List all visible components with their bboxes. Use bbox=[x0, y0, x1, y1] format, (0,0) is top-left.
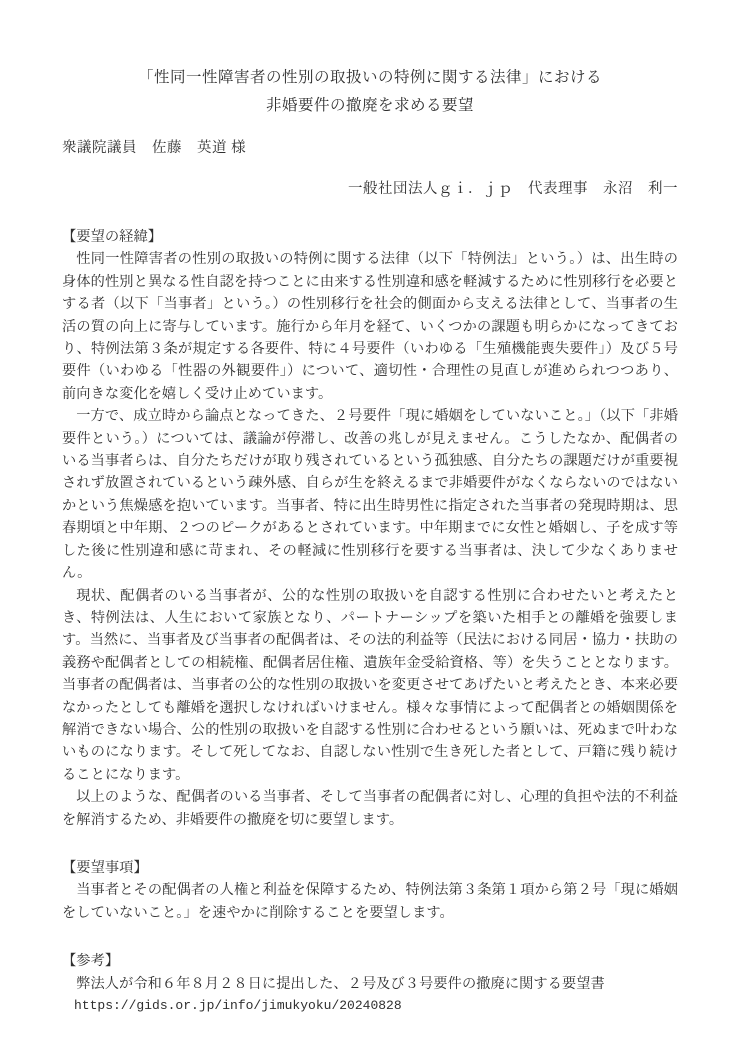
title-line-2: 非婚要件の撤廃を求める要望 bbox=[62, 92, 678, 120]
section-heading-background: 【要望の経緯】 bbox=[62, 226, 678, 248]
document-title: 「性同一性障害者の性別の取扱いの特例に関する法律」における 非婚要件の撤廃を求め… bbox=[62, 64, 678, 120]
paragraph-conclusion-request: 以上のような、配偶者のいる当事者、そして当事者の配偶者に対し、心理的負担や法的不… bbox=[62, 786, 678, 831]
section-heading-request-items: 【要望事項】 bbox=[62, 857, 678, 879]
sender-line: 一般社団法人ｇｉ．ｊｐ 代表理事 永沼 利一 bbox=[62, 178, 678, 200]
reference-url: https://gids.or.jp/info/jimukyoku/202408… bbox=[62, 995, 678, 1017]
section-request-background: 【要望の経緯】 性同一性障害者の性別の取扱いの特例に関する法律（以下「特例法」と… bbox=[62, 226, 678, 831]
section-request-items: 【要望事項】 当事者とその配偶者の人権と利益を保障するため、特例法第３条第１項か… bbox=[62, 857, 678, 924]
document-page: 「性同一性障害者の性別の取扱いの特例に関する法律」における 非婚要件の撤廃を求め… bbox=[0, 0, 740, 1046]
paragraph-request-item: 当事者とその配偶者の人権と利益を保障するため、特例法第３条第１項から第２号「現に… bbox=[62, 879, 678, 924]
section-heading-reference: 【参考】 bbox=[62, 950, 678, 972]
paragraph-reference-note: 弊法人が令和６年８月２８日に提出した、２号及び３号要件の撤廃に関する要望書 bbox=[62, 973, 678, 995]
paragraph-law-overview: 性同一性障害者の性別の取扱いの特例に関する法律（以下「特例法」という。）は、出生… bbox=[62, 248, 678, 405]
paragraph-non-marriage-issue: 一方で、成立時から論点となってきた、２号要件「現に婚姻をしていないこと。」（以下… bbox=[62, 405, 678, 584]
title-line-1: 「性同一性障害者の性別の取扱いの特例に関する法律」における bbox=[62, 64, 678, 92]
recipient-line: 衆議院議員 佐藤 英道 様 bbox=[62, 137, 678, 159]
section-reference: 【参考】 弊法人が令和６年８月２８日に提出した、２号及び３号要件の撤廃に関する要… bbox=[62, 950, 678, 1017]
paragraph-current-situation: 現状、配偶者のいる当事者が、公的な性別の取扱いを自認する性別に合わせたいと考えた… bbox=[62, 585, 678, 787]
